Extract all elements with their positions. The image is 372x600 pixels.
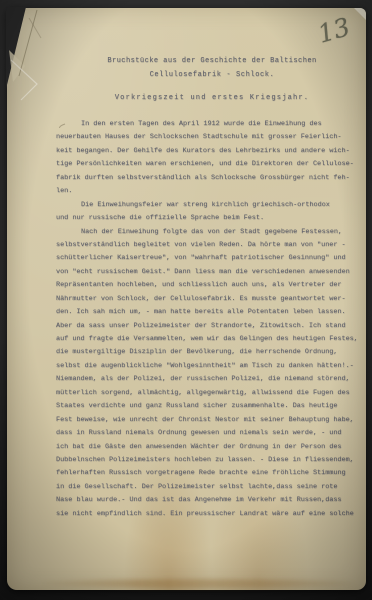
- typed-line: schütterlicher Kaisertreue", von "wahrha…: [56, 252, 366, 265]
- typed-line: Aber da sass unser Polizeimeister der St…: [56, 320, 366, 333]
- typed-line: ich bat die Gäste den anwesenden Wächter…: [56, 441, 366, 454]
- typed-line: auf und fragte die Versammelten, wem wir…: [56, 333, 366, 346]
- typed-line: und nur russische die offizielle Sprache…: [56, 212, 366, 225]
- typed-line: neuerbauten Hauses der Schlockschen Stad…: [56, 131, 366, 144]
- title-line-2: Cellulosefabrik - Schlock.: [57, 71, 367, 79]
- typed-line: den. Ich sah mich um, - man hatte bereit…: [56, 306, 366, 319]
- typed-line: sie nicht empfindlich sind. Ein preussis…: [56, 508, 366, 521]
- typed-line: Repräsentanten hochleben, und schliessli…: [56, 279, 366, 292]
- title-line-1: Bruchstücke aus der Geschichte der Balti…: [57, 57, 367, 65]
- typed-line: Nase blau wurde.- Und das ist das Angene…: [56, 494, 366, 507]
- typed-line: die mustergiltige Disziplin der Bevölker…: [56, 346, 366, 359]
- typed-line: mütterlich sorgend, allmächtig, allgegen…: [56, 387, 366, 400]
- typed-line: len.: [56, 185, 366, 198]
- typed-line: Nährmutter von Schlock, der Cellulosefab…: [56, 293, 366, 306]
- typed-line: Nach der Einweihung folgte das von der S…: [56, 226, 366, 239]
- typed-line: in die Gesellschaft. Der Polizeimeister …: [56, 481, 366, 494]
- typed-line: Die Einweihungsfeier war streng kirchlic…: [56, 199, 366, 212]
- typed-line: Staates verdichte und ganz Russland sich…: [56, 400, 366, 413]
- typed-line: keit begangen. Der Gehilfe des Kurators …: [56, 145, 366, 158]
- folded-corner-top-right: [354, 8, 366, 20]
- typed-line: tige Persönlichkeiten waren erschienen, …: [56, 158, 366, 171]
- document-heading: Bruchstücke aus der Geschichte der Balti…: [57, 57, 367, 102]
- typed-line: von "echt russischem Geist." Dann liess …: [56, 266, 366, 279]
- paper-discoloration: [42, 579, 354, 588]
- document-page: 13 Bruchstücke aus der Geschichte der Ba…: [7, 8, 366, 590]
- document-body: In den ersten Tagen des April 1912 wurde…: [56, 118, 366, 521]
- typed-line: fehlerhaften Russisch vorgetragene Rede …: [56, 467, 366, 480]
- typed-line: selbstverständlich begleitet von vielen …: [56, 239, 366, 252]
- typed-line: Niemandem, als der Polizei, der russisch…: [56, 373, 366, 386]
- typed-line: Fest beweise, wie unrecht der Chronist N…: [56, 414, 366, 427]
- typed-line: Dubbelnschen Polizeimeisters hochleben z…: [56, 454, 366, 467]
- typed-line: fabrik durften selbstverständlich als Sc…: [56, 172, 366, 185]
- typed-line: dass in Russland niemals Ordnung gewesen…: [56, 427, 366, 440]
- typed-line: selbst die augenblickliche "Wohlgesinnth…: [56, 360, 366, 373]
- typed-line: In den ersten Tagen des April 1912 wurde…: [56, 118, 366, 131]
- page-number-handwritten: 13: [315, 12, 354, 49]
- subtitle: Vorkriegszeit und erstes Kriegsjahr.: [57, 94, 367, 102]
